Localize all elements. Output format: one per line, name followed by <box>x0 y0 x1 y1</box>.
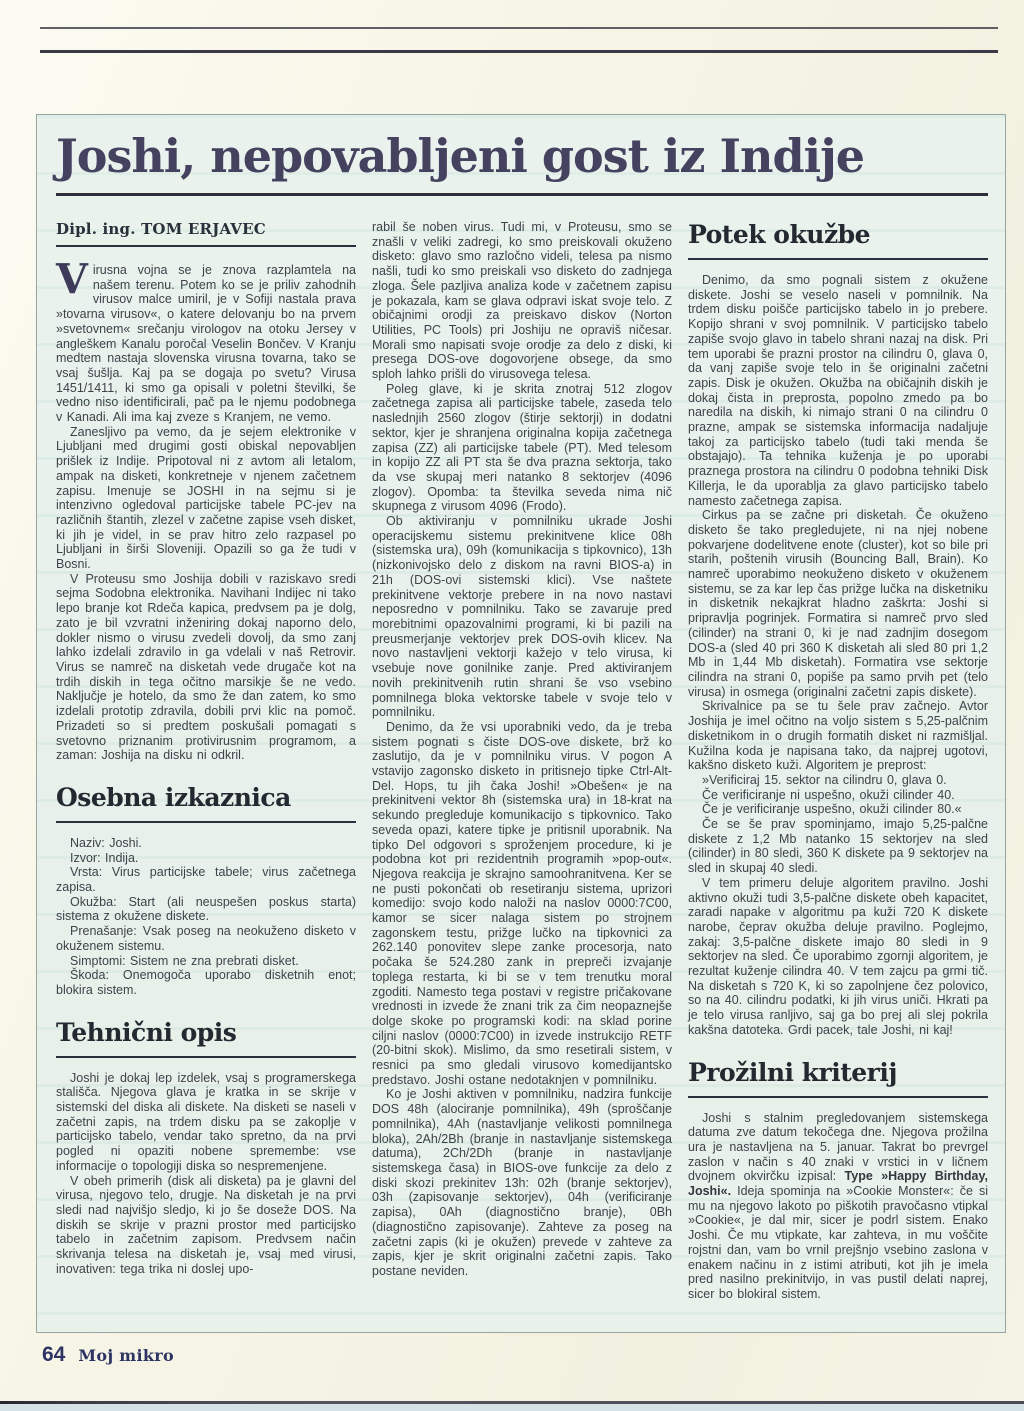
article-box: Joshi, nepovabljeni gost iz Indije Dipl.… <box>36 114 1006 1333</box>
card-item: Škoda: Onemogoča uporabo disketnih enot;… <box>56 968 356 997</box>
paragraph: Skrivalnice pa se tu šele prav začnejo. … <box>688 699 988 773</box>
paragraph: Zanesljivo pa vemo, da je sejem elektron… <box>56 425 356 572</box>
paragraph: Denimo, da že vsi uporabniki vedo, da je… <box>372 720 672 1088</box>
section-heading-osebna-izkaznica: Osebna izkaznica <box>56 783 356 823</box>
trigger-paragraph: Joshi s stalnim pregledovanjem sistemske… <box>688 1111 988 1302</box>
column-right: Potek okužbe Denimo, da smo pognali sist… <box>688 220 988 1302</box>
trigger-text-post: Ideja spominja na »Cookie Monster«: če s… <box>688 1184 988 1301</box>
paragraph: Če se še prav spominjamo, imajo 5,25-pal… <box>688 817 988 876</box>
card-item: Izvor: Indija. <box>56 851 356 866</box>
page-number: 64 <box>42 1343 65 1367</box>
paragraph: Poleg glave, ki je skrita znotraj 512 zl… <box>372 382 672 514</box>
section-heading-prozilni-kriterij: Prožilni kriterij <box>688 1058 988 1098</box>
paragraph: Joshi je dokaj lep izdelek, vsaj s progr… <box>56 1071 356 1174</box>
paragraph: Ob aktiviranju v pomnilniku ukrade Joshi… <box>372 514 672 720</box>
magazine-page: Joshi, nepovabljeni gost iz Indije Dipl.… <box>0 0 1024 1411</box>
paragraph: V Proteusu smo Joshija dobili v raziskav… <box>56 572 356 763</box>
paragraph: Cirkus pa se začne pri disketah. Če okuž… <box>688 508 988 699</box>
card-item: Okužba: Start (ali neuspešen poskus star… <box>56 895 356 924</box>
column-left: Dipl. ing. TOM ERJAVEC Virusna vojna se … <box>56 220 356 1302</box>
section-heading-tehnicni-opis: Tehnični opis <box>56 1018 356 1058</box>
article-columns: Dipl. ing. TOM ERJAVEC Virusna vojna se … <box>50 220 990 1302</box>
paragraph: Ko je Joshi aktiven v pomnilniku, nadzir… <box>372 1087 672 1278</box>
top-rule-thick <box>40 50 998 53</box>
intro-paragraph: Virusna vojna se je znova razplamtela na… <box>56 263 356 425</box>
section-heading-potek-okuzbe: Potek okužbe <box>688 220 988 260</box>
card-item: Simptomi: Sistem ne zna prebrati disket. <box>56 954 356 969</box>
card-item: Naziv: Joshi. <box>56 836 356 851</box>
scan-bottom-edge-paper <box>0 1404 1024 1411</box>
algorithm-line: »Verificiraj 15. sektor na cilindru 0, g… <box>688 773 988 788</box>
dropcap-letter: V <box>56 263 93 294</box>
algorithm-line: Če verificiranje ni uspešno, okuži cilin… <box>688 788 988 803</box>
article-title: Joshi, nepovabljeni gost iz Indije <box>50 127 990 185</box>
algorithm-line: Če je verificiranje uspešno, okuži cilin… <box>688 802 988 817</box>
paragraph: Denimo, da smo pognali sistem z okužene … <box>688 273 988 508</box>
card-item: Prenašanje: Vsak poseg na neokuženo disk… <box>56 924 356 953</box>
card-item: Vrsta: Virus particijske tabele; virus z… <box>56 865 356 894</box>
magazine-name: Moj mikro <box>78 1346 174 1365</box>
title-rule <box>56 193 988 196</box>
paragraph: rabil še noben virus. Tudi mi, v Proteus… <box>372 220 672 382</box>
top-rule-thin <box>40 27 998 29</box>
paragraph: V obeh primerih (disk ali disketa) pa je… <box>56 1174 356 1277</box>
column-middle: rabil še noben virus. Tudi mi, v Proteus… <box>372 220 672 1302</box>
page-footer: 64 Moj mikro <box>42 1343 174 1367</box>
article-byline: Dipl. ing. TOM ERJAVEC <box>56 220 356 247</box>
paragraph: V tem primeru deluje algoritem pravilno.… <box>688 876 988 1038</box>
intro-text: irusna vojna se je znova razplamtela na … <box>56 263 356 424</box>
